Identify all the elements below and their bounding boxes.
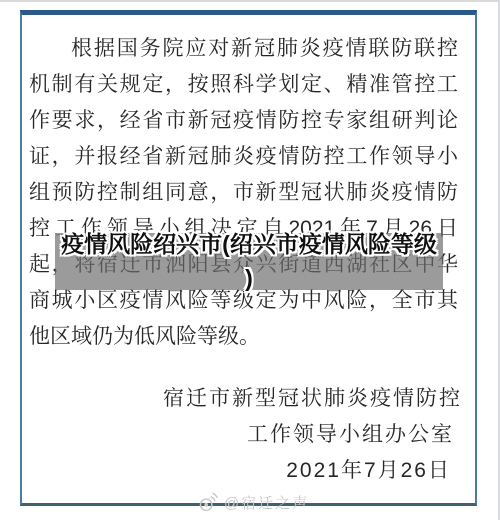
notice-body-line: 根据国务院应对新冠肺炎疫情联防联控 — [29, 31, 458, 67]
headline-overlay: 疫情风险绍兴市(绍兴市疫情风险等级 ) — [55, 233, 443, 290]
signature-org-line2: 工作领导小组办公室 — [22, 417, 475, 453]
headline-text-line2: ) — [55, 265, 443, 291]
notice-body-line: 组预防控制组同意，市新型冠状肺炎疫情防 — [29, 175, 458, 211]
notice-body: 根据国务院应对新冠肺炎疫情联防联控 机制有关规定，按照科学划定、精准管控工 作要… — [29, 31, 458, 355]
notice-body-line: 机制有关规定，按照科学划定、精准管控工 — [29, 67, 458, 103]
watermark-handle: @宿迁之声 — [224, 492, 309, 513]
headline-text-line1: 疫情风险绍兴市(绍兴市疫情风险等级 — [55, 231, 443, 257]
notice-body-line: 他区域仍为低风险等级。 — [29, 319, 458, 355]
notice-body-line: 作要求，经省市新冠疫情防控专家组研判论 — [29, 103, 458, 139]
scan-edge-top — [0, 0, 500, 2]
screenshot-canvas: 根据国务院应对新冠肺炎疫情联防联控 机制有关规定，按照科学划定、精准管控工 作要… — [0, 0, 500, 520]
signature-block: 宿迁市新型冠状肺炎疫情防控 工作领导小组办公室 2021年7月26日 — [22, 381, 475, 489]
notice-body-line: 证，并报经省新冠肺炎疫情防控工作领导小 — [29, 139, 458, 175]
weibo-icon — [197, 491, 219, 513]
weibo-watermark: @宿迁之声 — [197, 489, 309, 515]
signature-org-line1: 宿迁市新型冠状肺炎疫情防控 — [22, 381, 475, 417]
signature-date: 2021年7月26日 — [22, 453, 475, 489]
